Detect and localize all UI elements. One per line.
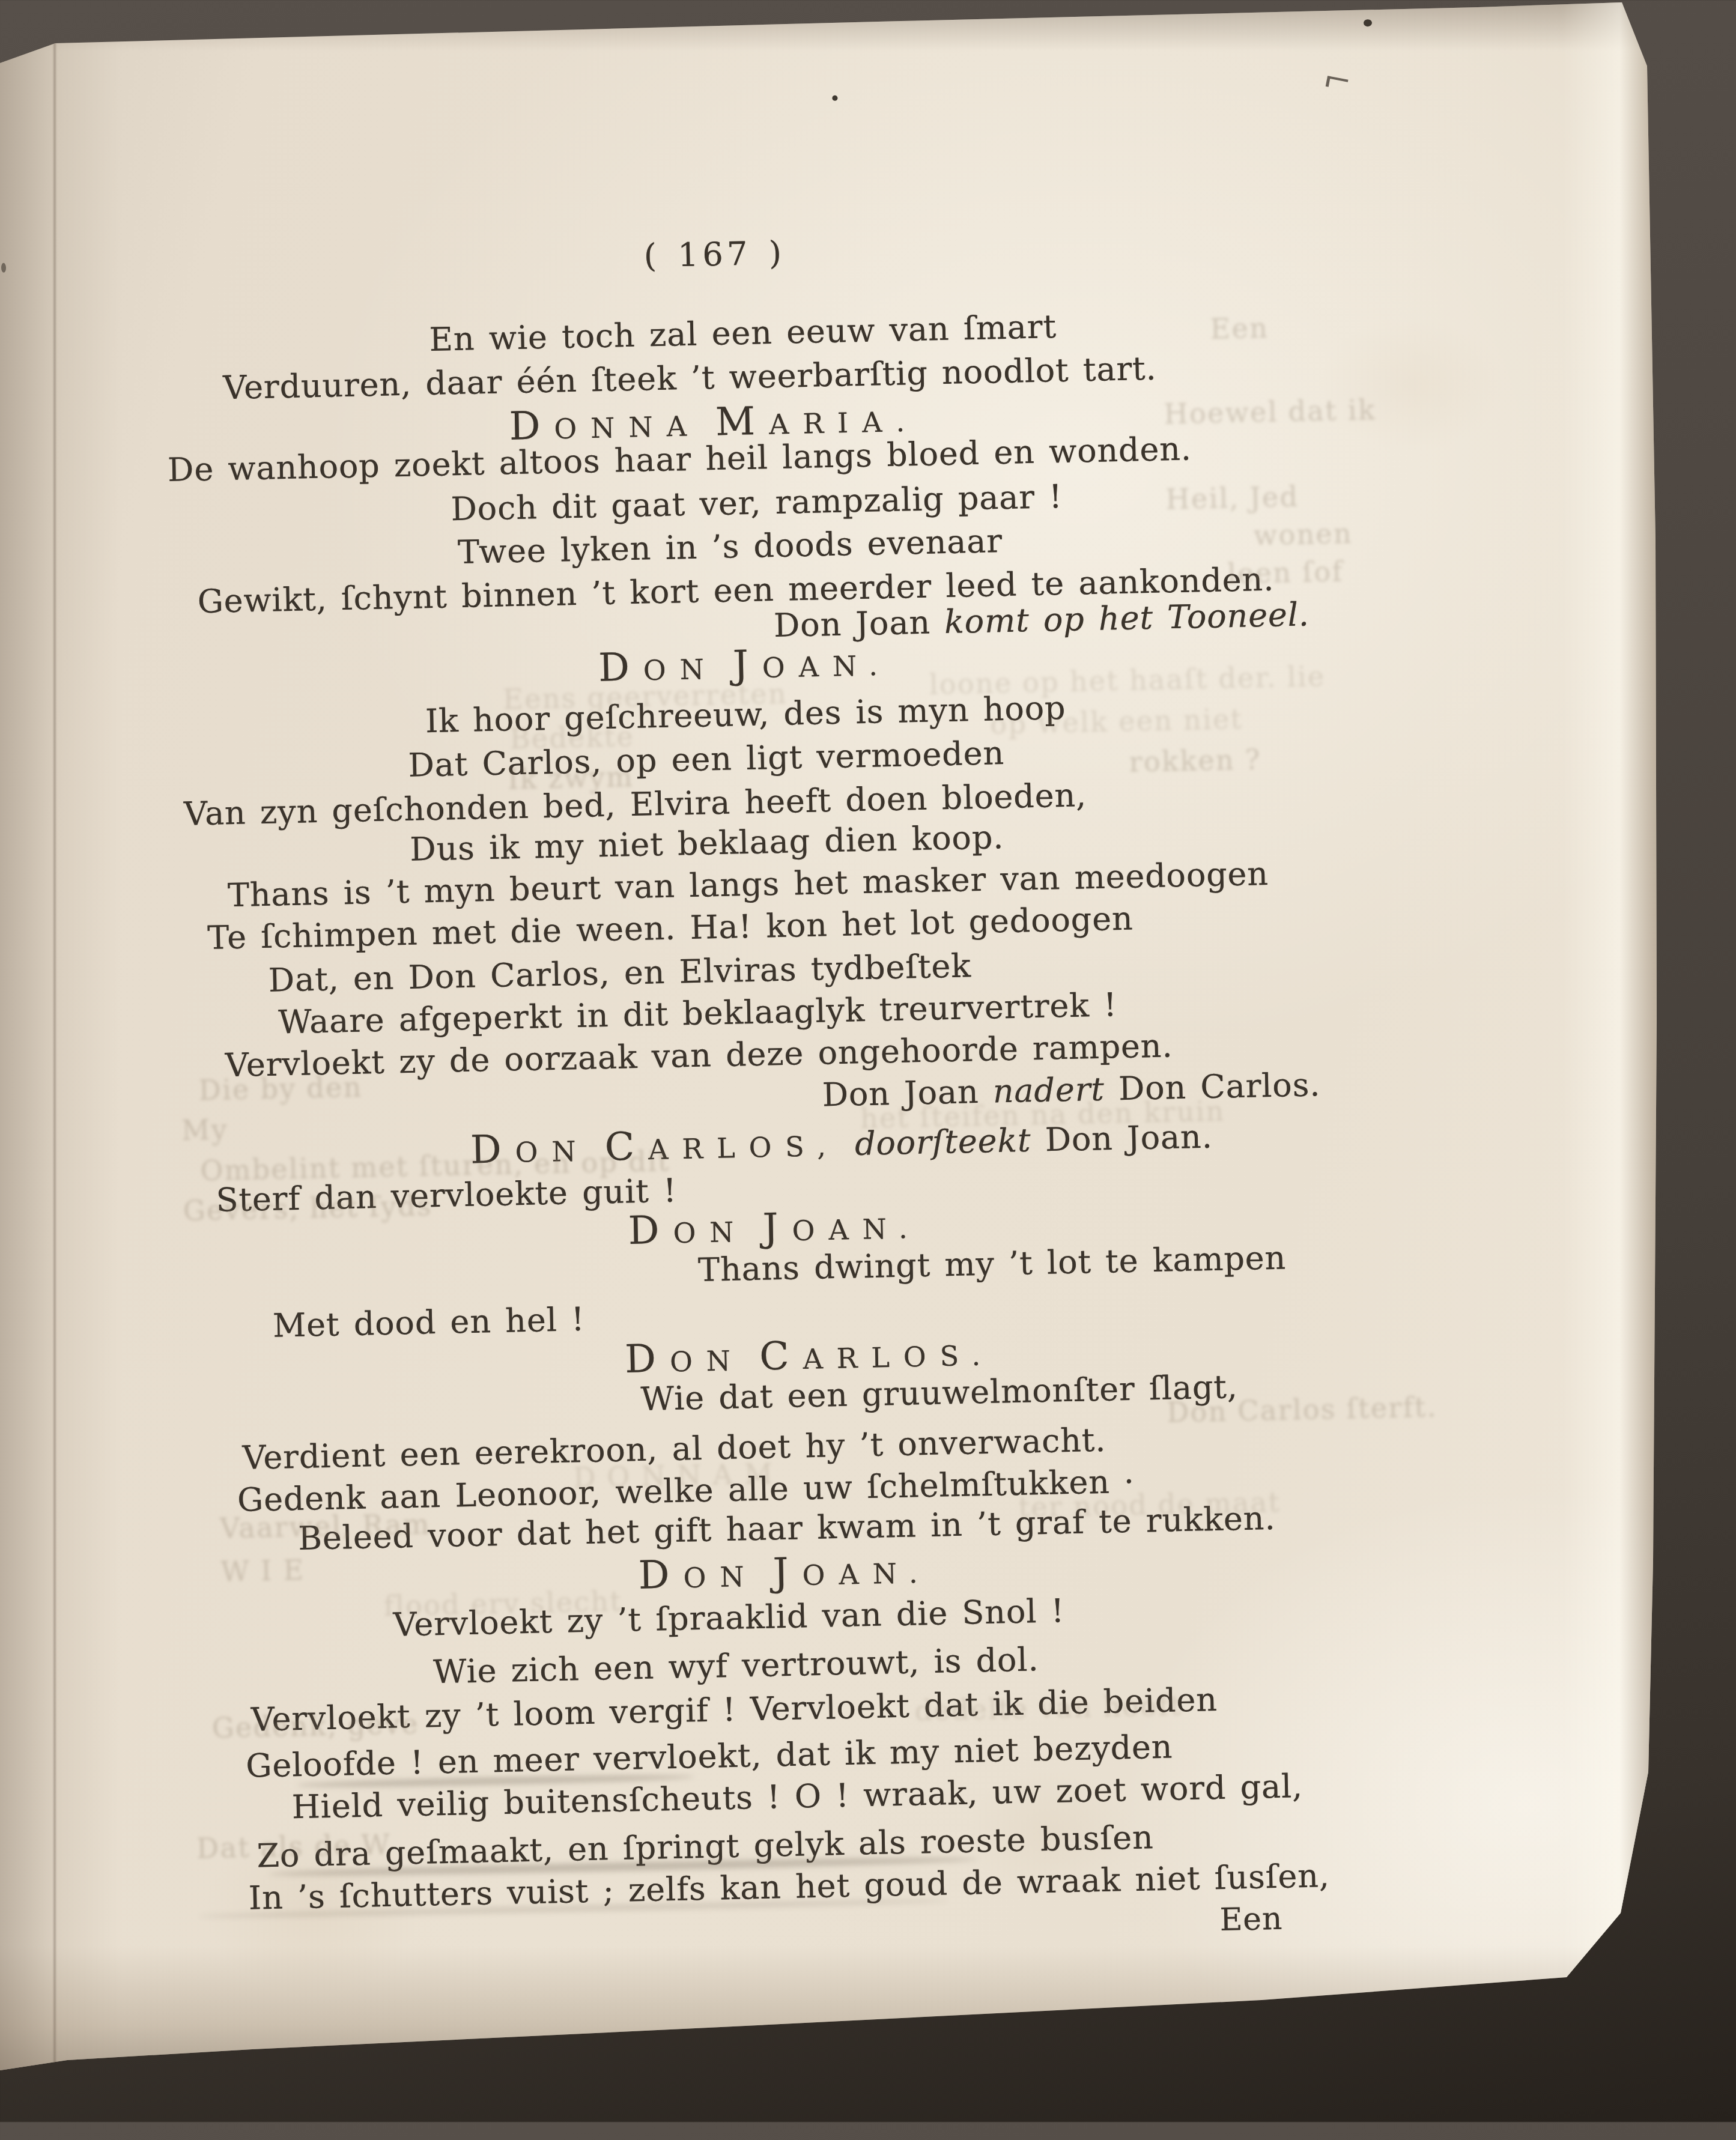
bleedthrough-text: dedelte van hooft — [914, 1689, 1183, 1727]
bleedthrough-text: Eens geerverreten — [503, 677, 788, 716]
speaker-word: JOAN. — [762, 1206, 921, 1248]
bleedthrough-text: Ik zwym — [507, 760, 634, 795]
book-page: ( 167 ) En wie toch zal een eeuw van ſma… — [0, 0, 1736, 2122]
bleedthrough-text: Bedekte — [509, 720, 634, 755]
bleedthrough-text: Hoewel dat ik — [1164, 393, 1376, 430]
bleedthrough-text: Een — [1210, 312, 1269, 345]
bleedthrough-text: Heil, Jed — [1165, 480, 1299, 516]
speaker-word: JOAN. — [772, 1550, 932, 1592]
stage-italic: komt op het Tooneel. — [944, 595, 1310, 641]
verse-line: Verduuren, daar één ſteek ’t weerbarſtig… — [223, 353, 1157, 405]
verse-line: Wie dat een gruuwelmonſter ſlagt, — [640, 1371, 1238, 1416]
verse-line: Dat Carlos, op een ligt vermoeden — [408, 737, 1004, 782]
speaker-word: DON — [628, 1210, 748, 1251]
bleedthrough-text: Gedenk, geve — [211, 1708, 419, 1744]
page-number: ( 167 ) — [643, 237, 786, 273]
bleedthrough-text: Dat als de W — [196, 1828, 392, 1865]
speaker-heading: DONCARLOS. — [625, 1333, 1010, 1380]
bleedthrough-text: Vaarwel, Ram — [220, 1508, 431, 1544]
ink-speck — [832, 95, 837, 101]
ink-mark — [1326, 76, 1349, 90]
bleedthrough-text: flood erv slecht — [383, 1585, 622, 1622]
text-block: ( 167 ) En wie toch zal een eeuw van ſma… — [0, 0, 1736, 2122]
catchword: Een — [1219, 1903, 1283, 1936]
bleedthrough-text: op welk een niet — [990, 703, 1243, 741]
verse-line: Dat, en Don Carlos, en Elviras tydbeſtek — [268, 950, 971, 996]
ink-speck — [1364, 19, 1372, 26]
bleedthrough-text: wonen — [1253, 517, 1353, 551]
stage-direction: Don Joan komt op het Tooneel. — [774, 598, 1310, 642]
bleedthrough-text: Don Carlos ſterft. — [1167, 1390, 1437, 1428]
bleedthrough-text: My — [181, 1113, 229, 1147]
bleedthrough-text: loone op het haaſt der. lie — [929, 660, 1325, 701]
bleedthrough-text: Gevers, het ſyds — [183, 1189, 432, 1227]
bleedthrough-text: rokken ? — [1129, 743, 1261, 778]
bleedthrough-text: ter nood de maat — [1018, 1486, 1281, 1524]
speaker-word: CARLOS. — [759, 1333, 995, 1377]
bleedthrough-text: W I E — [220, 1554, 305, 1588]
verse-line: En wie toch zal een eeuw van ſmart — [429, 311, 1057, 356]
speaker-word: DON — [638, 1554, 758, 1596]
verse-line: Wie zich een wyf vertrouwt, is dol. — [433, 1643, 1039, 1688]
bleedthrough-text: leen ſof — [1227, 555, 1344, 590]
speaker-word: DON — [625, 1338, 745, 1380]
bleedthrough-text: D O N N A M — [573, 1457, 774, 1494]
ink-mark — [1, 263, 6, 273]
verse-line: Dus ik my niet beklaag dien koop. — [410, 821, 1004, 866]
verse-line: Doch dit gaat ver, rampzalig paar ! — [451, 480, 1063, 526]
photo-of-book-page: ( 167 ) En wie toch zal een eeuw van ſma… — [0, 0, 1736, 2122]
verse-line: Met dood en hel ! — [272, 1303, 585, 1342]
speaker-heading: DONJOAN. — [638, 1550, 947, 1595]
stage-roman: Don Joan — [773, 603, 944, 644]
speaker-heading: DONJOAN. — [628, 1205, 936, 1250]
verse-line: Twee lyken in ’s doods evenaar — [458, 525, 1003, 569]
bleedthrough-text: Die by den — [198, 1071, 363, 1107]
